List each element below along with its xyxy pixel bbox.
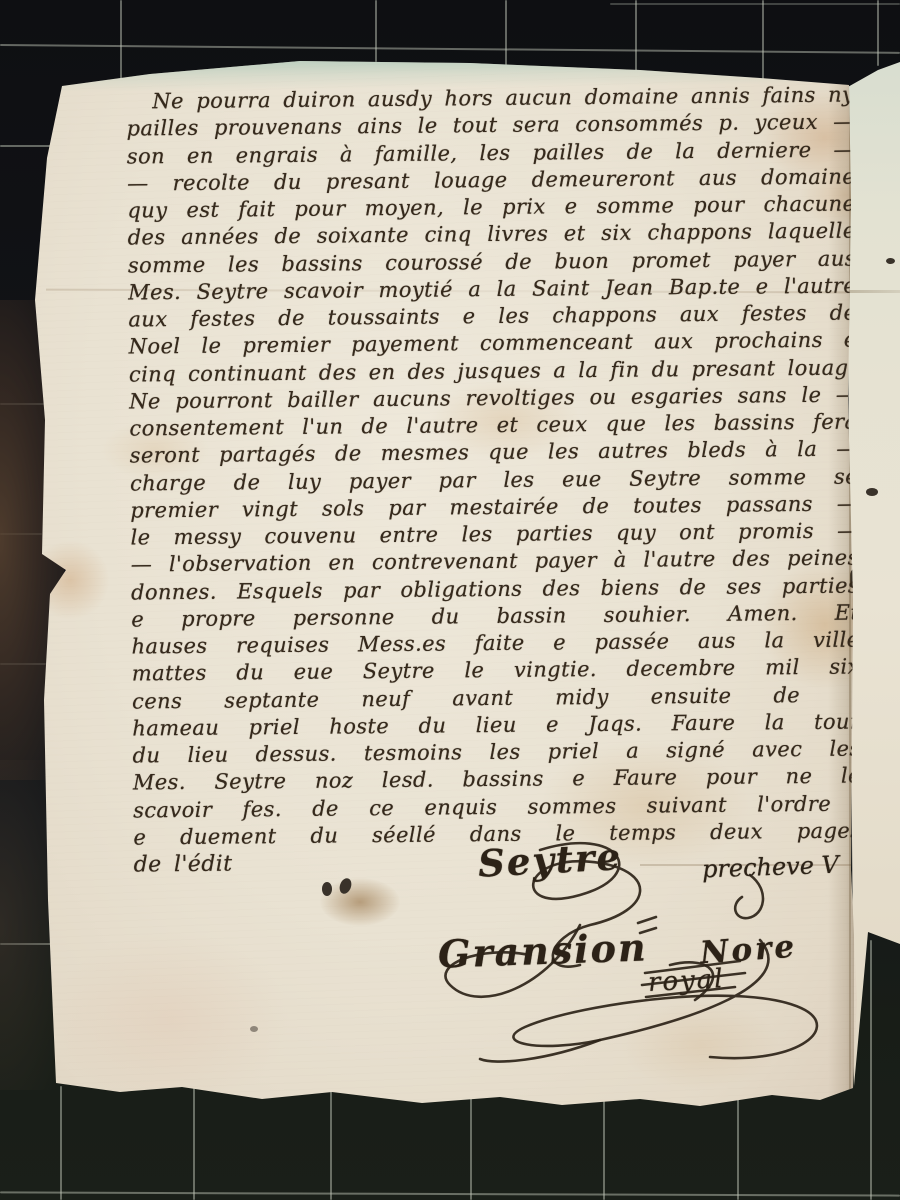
tile-grout-line — [330, 1086, 332, 1200]
tile-grout-line — [870, 940, 872, 1200]
gransion-mark — [638, 917, 656, 933]
tile-grout-line — [737, 1086, 739, 1200]
tile-grout-line — [762, 0, 764, 80]
tile-grout-line — [60, 1086, 62, 1200]
tile-grout-line — [610, 3, 900, 5]
tile-grout-line — [603, 1086, 605, 1200]
manuscript-page: Ne pourra duiron ausdy hors aucun domain… — [0, 0, 900, 1200]
fold-crease — [846, 290, 900, 293]
paper-speck — [866, 488, 878, 496]
tile-grout-line — [120, 0, 122, 80]
tile-grout-line — [0, 44, 900, 54]
photo-scene: Ne pourra duiron ausdy hors aucun domain… — [0, 0, 900, 1200]
manuscript-lines: Ne pourra duiron ausdy hors aucun domain… — [126, 83, 862, 880]
tile-grout-line — [635, 0, 637, 72]
tile-grout-line — [470, 1086, 472, 1200]
signature-paraph-flourishes — [150, 815, 880, 1085]
tile-grout-line — [0, 1191, 900, 1196]
gransion-paraph-hatch — [642, 961, 745, 997]
tile-grout-line — [193, 1086, 195, 1200]
tile-grout-line — [877, 0, 879, 66]
paper-speck — [886, 258, 895, 264]
seytre-paraph — [533, 843, 640, 967]
precheve-loop — [735, 875, 763, 918]
seytre-paraph-loop — [445, 925, 580, 997]
tile-grout-line — [0, 145, 58, 147]
tile-grout-line — [375, 0, 377, 62]
tile-grout-line — [505, 0, 507, 68]
